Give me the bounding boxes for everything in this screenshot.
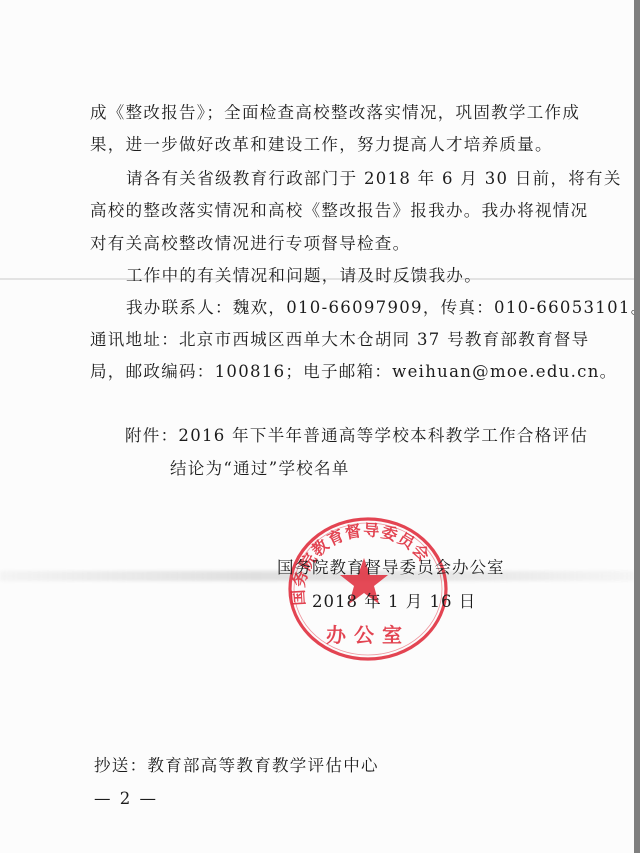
official-seal-stamp: 国务院教育督导委员会 办公室 xyxy=(286,516,450,662)
seal-bottom-text: 办公室 xyxy=(326,623,410,647)
email-line: 局，邮政编码：100816；电子邮箱：weihuan@moe.edu.cn。 xyxy=(90,361,560,383)
contact-line: 我办联系人：魏欢，010-66097909，传真：010-66053101。 xyxy=(126,297,596,319)
paragraph-line: 工作中的有关情况和问题，请及时反馈我办。 xyxy=(126,265,596,287)
paragraph-line: 成《整改报告》；全面检查高校整改落实情况，巩固教学工作成 xyxy=(90,102,560,124)
cc-line: 抄送：教育部高等教育教学评估中心 xyxy=(94,755,564,777)
signature-date: 2018 年 1 月 16 日 xyxy=(312,591,476,613)
paragraph-line: 请各有关省级教育行政部门于 2018 年 6 月 30 日前，将有关 xyxy=(126,168,596,190)
attachment-line-1: 附件：2016 年下半年普通高等学校本科教学工作合格评估 xyxy=(125,425,595,447)
paragraph-line: 果，进一步做好改革和建设工作，努力提高人才培养质量。 xyxy=(90,134,560,156)
attachment-line-2: 结论为“通过”学校名单 xyxy=(170,458,640,480)
paragraph-line: 高校的整改落实情况和高校《整改报告》报我办。我办将视情况 xyxy=(90,200,560,222)
address-line: 通讯地址：北京市西城区西单大木仓胡同 37 号教育部教育督导 xyxy=(90,329,560,351)
page-number: — 2 — xyxy=(94,788,564,810)
paragraph-line: 对有关高校整改情况进行专项督导检查。 xyxy=(90,233,560,255)
document-page: 成《整改报告》；全面检查高校整改落实情况，巩固教学工作成 果，进一步做好改革和建… xyxy=(0,0,634,853)
window-edge-bar xyxy=(634,0,640,853)
signature-organization: 国务院教育督导委员会办公室 xyxy=(277,557,505,579)
